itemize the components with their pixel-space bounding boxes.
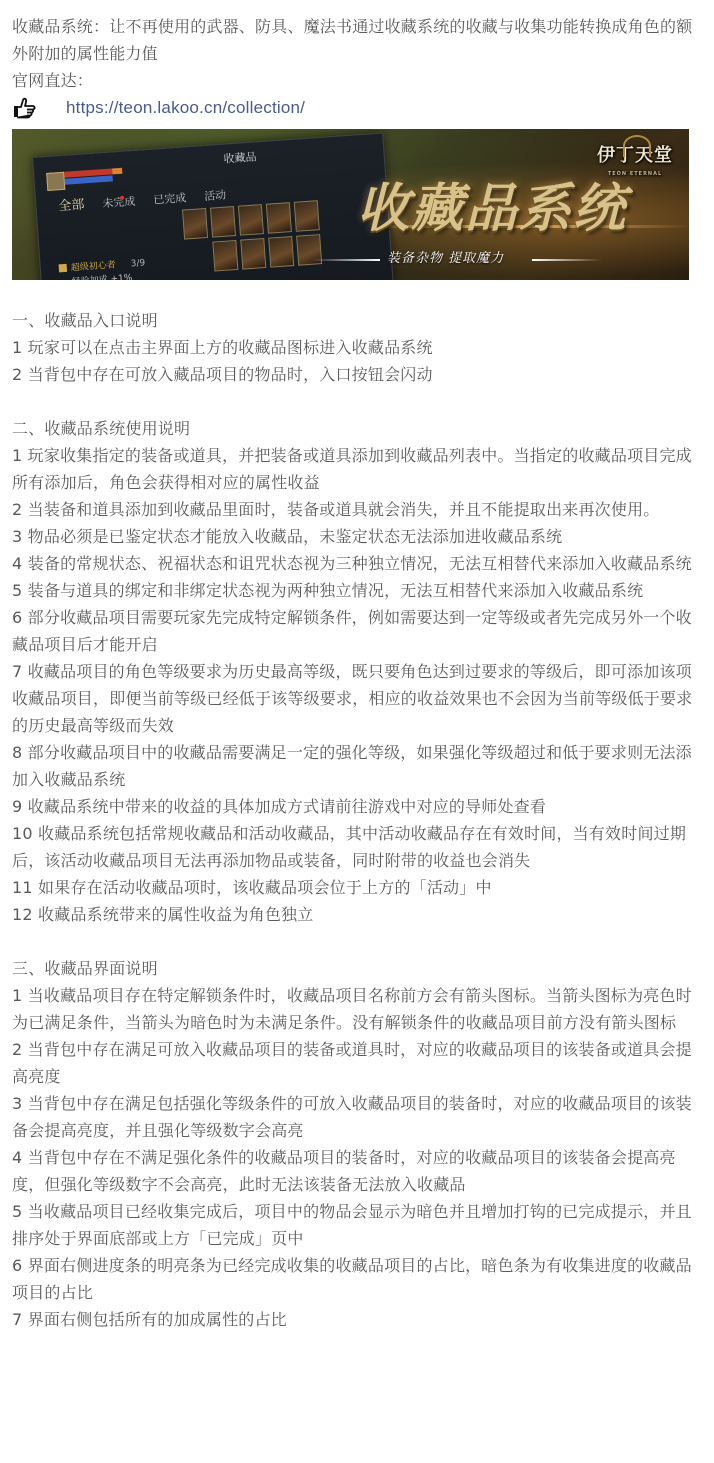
section-title: 二、收藏品系统使用说明 [12, 415, 702, 442]
list-item: 7 界面右侧包括所有的加成属性的占比 [12, 1306, 702, 1333]
list-item: 4 当背包中存在不满足强化条件的收藏品项目的装备时，对应的收藏品项目的该装备会提… [12, 1144, 702, 1198]
panel-title: 收藏品 [223, 150, 257, 166]
pointing-hand-icon [12, 97, 36, 119]
list-item: 1 当收藏品项目存在特定解锁条件时，收藏品项目名称前方会有箭头图标。当箭头图标为… [12, 982, 702, 1036]
game-logo-subtext: TEON ETERNAL [603, 171, 667, 177]
item-slot [210, 206, 236, 238]
list-item: 2 当装备和道具添加到收藏品里面时，装备或道具就会消失，并且不能提取出来再次使用… [12, 496, 702, 523]
banner-game-panel: 收藏品 全部 未完成 已完成 活动 超级初心者 [32, 132, 394, 280]
logo-ring-icon [623, 135, 651, 157]
list-item: 4 装备的常规状态、祝福状态和诅咒状态视为三种独立情况，无法互相替代来添加入收藏… [12, 550, 702, 577]
list-item: 8 部分收藏品项目中的收藏品需要满足一定的强化等级，如果强化等级超过和低于要求则… [12, 739, 702, 793]
list-item: 12 收藏品系统带来的属性收益为角色独立 [12, 901, 702, 928]
item-slot [212, 240, 238, 272]
intro-description: 收藏品系统：让不再使用的武器、防具、魔法书通过收藏系统的收藏与收集功能转换成角色… [12, 13, 702, 67]
section-title: 三、收藏品界面说明 [12, 955, 702, 982]
hp-bar-tip [112, 168, 122, 175]
item-slot [266, 202, 292, 234]
decorative-line-left [312, 259, 380, 261]
item-slot [268, 236, 294, 268]
collection-item-count: 3/9 [130, 258, 145, 270]
item-slot [238, 204, 264, 236]
list-item: 5 装备与道具的绑定和非绑定状态视为两种独立情况，无法互相替代来添加入收藏品系统 [12, 577, 702, 604]
unlock-arrow-icon [59, 264, 68, 273]
list-item: 6 界面右侧进度条的明亮条为已经完成收集的收藏品项目的占比，暗色条为有收集进度的… [12, 1252, 702, 1306]
item-slot [182, 208, 208, 240]
list-item: 1 玩家收集指定的装备或道具，并把装备或道具添加到收藏品列表中。当指定的收藏品项… [12, 442, 702, 496]
panel-tab-all: 全部 [58, 198, 85, 214]
official-link-row: https://teon.lakoo.cn/collection/ [12, 94, 702, 121]
banner-headline: 收藏品系统 [357, 179, 627, 239]
decorative-line-right [532, 259, 602, 261]
article-body: 收藏品系统：让不再使用的武器、防具、魔法书通过收藏系统的收藏与收集功能转换成角色… [0, 0, 714, 1333]
panel-tab-complete: 已完成 [153, 191, 187, 207]
section-interface: 三、收藏品界面说明 1 当收藏品项目存在特定解锁条件时，收藏品项目名称前方会有箭… [12, 955, 702, 1333]
panel-tab-incomplete: 未完成 [102, 195, 136, 211]
list-item: 5 当收藏品项目已经收集完成后，项目中的物品会显示为暗色并且增加打钩的已完成提示… [12, 1198, 702, 1252]
character-portrait-icon [46, 172, 65, 191]
item-slots-grid [182, 200, 322, 273]
list-item: 2 当背包中存在满足可放入收藏品项目的装备或道具时，对应的收藏品项目的该装备或道… [12, 1036, 702, 1090]
list-item: 9 收藏品系统中带来的收益的具体加成方式请前往游戏中对应的导师处查看 [12, 793, 702, 820]
official-site-link[interactable]: https://teon.lakoo.cn/collection/ [66, 94, 305, 121]
list-item: 1 玩家可以在点击主界面上方的收藏品图标进入收藏品系统 [12, 334, 702, 361]
section-entry: 一、收藏品入口说明 1 玩家可以在点击主界面上方的收藏品图标进入收藏品系统 2 … [12, 307, 702, 388]
banner-subline: 装备杂物 提取魔力 [387, 251, 504, 267]
list-item: 10 收藏品系统包括常规收藏品和活动收藏品，其中活动收藏品存在有效时间，当有效时… [12, 820, 702, 874]
spacer [12, 928, 702, 955]
section-title: 一、收藏品入口说明 [12, 307, 702, 334]
list-item: 3 当背包中存在满足包括强化等级条件的可放入收藏品项目的装备时，对应的收藏品项目… [12, 1090, 702, 1144]
spacer [12, 280, 702, 307]
spacer [12, 388, 702, 415]
official-site-label: 官网直达： [12, 67, 702, 94]
list-item: 11 如果存在活动收藏品项时，该收藏品项会位于上方的「活动」中 [12, 874, 702, 901]
item-slot [240, 238, 266, 270]
panel-tab-event: 活动 [204, 189, 227, 205]
collection-item-bonus: 经验加成 +1% [72, 273, 133, 280]
list-item: 3 物品必须是已鉴定状态才能放入收藏品，未鉴定状态无法添加进收藏品系统 [12, 523, 702, 550]
list-item: 7 收藏品项目的角色等级要求为历史最高等级，既只要角色达到过要求的等级后，即可添… [12, 658, 702, 739]
section-usage: 二、收藏品系统使用说明 1 玩家收集指定的装备或道具，并把装备或道具添加到收藏品… [12, 415, 702, 928]
collection-item-name: 超级初心者 [71, 260, 117, 274]
game-logo: 伊丁天堂 TEON ETERNAL [595, 141, 675, 177]
collection-system-banner: 收藏品 全部 未完成 已完成 活动 超级初心者 [12, 129, 689, 280]
list-item: 6 部分收藏品项目需要玩家先完成特定解锁条件，例如需要达到一定等级或者先完成另外… [12, 604, 702, 658]
item-slot [294, 200, 320, 232]
list-item: 2 当背包中存在可放入藏品项目的物品时，入口按钮会闪动 [12, 361, 702, 388]
